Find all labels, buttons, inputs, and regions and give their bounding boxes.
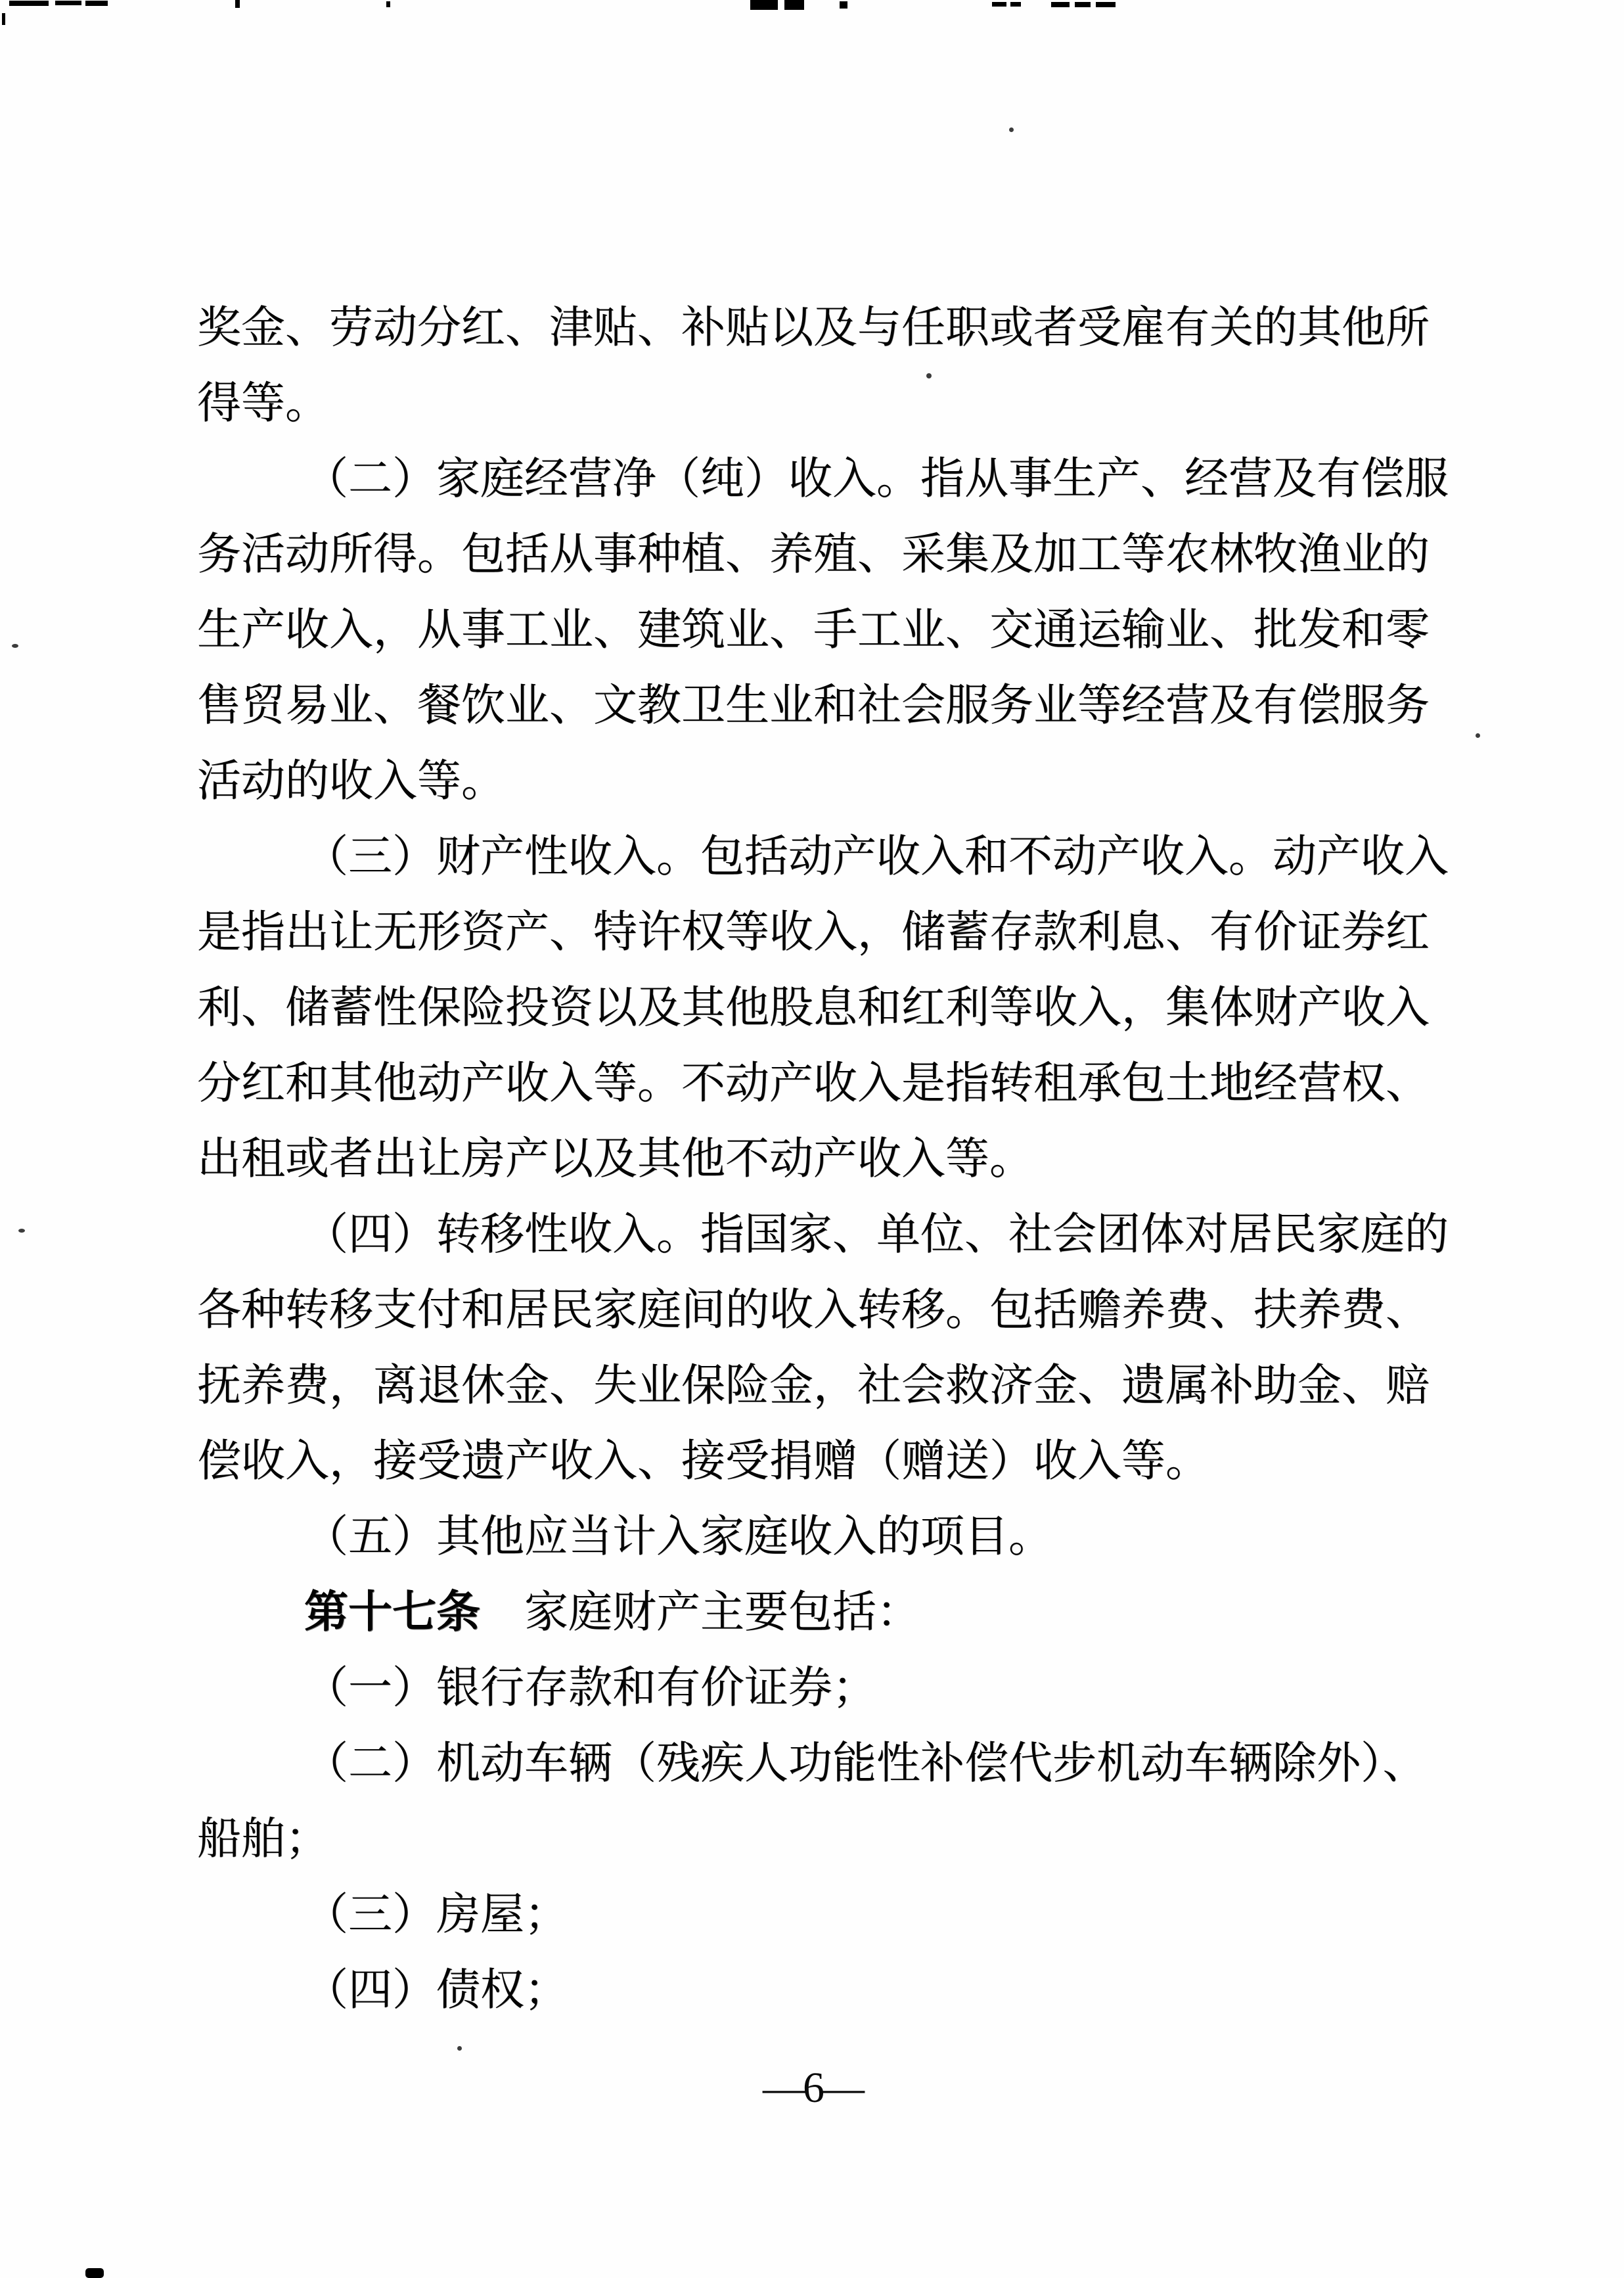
- scan-artifact: [85, 1, 108, 6]
- scan-artifact: [1051, 2, 1070, 7]
- text-line: 第十七条 家庭财产主要包括：: [197, 1575, 1445, 1651]
- text-segment: 家庭财产主要包括：: [480, 1588, 920, 1637]
- text-line: 各种转移支付和居民家庭间的收入转移。包括赡养费、扶养费、: [197, 1273, 1445, 1348]
- scan-speck: [1476, 733, 1480, 738]
- document-body-text: 奖金、劳动分红、津贴、补贴以及与任职或者受雇有关的其他所得等。（二）家庭经营净（…: [197, 290, 1445, 2028]
- page-number: —6—: [0, 2063, 1624, 2113]
- text-line: （五）其他应当计入家庭收入的项目。: [197, 1499, 1445, 1575]
- text-segment: 利、储蓄性保险投资以及其他股息和红利等收入，集体财产收入: [197, 984, 1430, 1032]
- scan-speck: [18, 1229, 25, 1233]
- text-segment: 抚养费，离退休金、失业保险金，社会救济金、遗属补助金、赔: [197, 1361, 1430, 1410]
- scan-artifact: [9, 1, 49, 6]
- text-segment: 生产收入，从事工业、建筑业、手工业、交通运输业、批发和零: [197, 606, 1430, 654]
- text-segment: 务活动所得。包括从事种植、养殖、采集及加工等农林牧渔业的: [197, 530, 1430, 579]
- text-line: 是指出让无形资产、特许权等收入，储蓄存款利息、有价证券红: [197, 895, 1445, 970]
- text-line: 务活动所得。包括从事种植、养殖、采集及加工等农林牧渔业的: [197, 517, 1445, 593]
- scan-artifact: [784, 0, 804, 10]
- text-segment: 奖金、劳动分红、津贴、补贴以及与任职或者受雇有关的其他所: [197, 304, 1430, 352]
- scan-speck: [457, 2046, 462, 2051]
- text-line: （三）房屋；: [197, 1877, 1445, 1953]
- scan-artifact: [750, 0, 778, 10]
- text-line: 售贸易业、餐饮业、文教卫生业和社会服务业等经营及有偿服务: [197, 668, 1445, 744]
- scan-artifact: [1096, 2, 1116, 7]
- text-segment: （四）转移性收入。指国家、单位、社会团体对居民家庭的: [304, 1210, 1449, 1259]
- text-segment: （二）家庭经营净（纯）收入。指从事生产、经营及有偿服: [304, 455, 1449, 503]
- scan-artifact: [55, 1, 81, 5]
- text-segment: 是指出让无形资产、特许权等收入，储蓄存款利息、有价证券红: [197, 908, 1430, 957]
- text-line: 利、储蓄性保险投资以及其他股息和红利等收入，集体财产收入: [197, 970, 1445, 1046]
- text-segment: 出租或者出让房产以及其他不动产收入等。: [197, 1135, 1033, 1183]
- text-line: （一）银行存款和有价证券；: [197, 1651, 1445, 1726]
- scan-artifact: [85, 2268, 104, 2278]
- text-segment: 偿收入，接受遗产收入、接受捐赠（赠送）收入等。: [197, 1437, 1209, 1486]
- scan-artifact: [2, 13, 5, 25]
- text-segment: （一）银行存款和有价证券；: [304, 1664, 876, 1712]
- text-line: （三）财产性收入。包括动产收入和不动产收入。动产收入: [197, 819, 1445, 895]
- text-line: 得等。: [197, 366, 1445, 442]
- text-line: （四）债权；: [197, 1953, 1445, 2028]
- text-line: 船舶；: [197, 1802, 1445, 1877]
- text-line: （二）家庭经营净（纯）收入。指从事生产、经营及有偿服: [197, 442, 1445, 517]
- text-line: 偿收入，接受遗产收入、接受捐赠（赠送）收入等。: [197, 1424, 1445, 1499]
- text-segment: （二）机动车辆（残疾人功能性补偿代步机动车辆除外）、: [304, 1739, 1427, 1788]
- text-segment: （四）债权；: [304, 1966, 568, 2015]
- scan-artifact: [1075, 2, 1091, 7]
- text-segment: 售贸易业、餐饮业、文教卫生业和社会服务业等经营及有偿服务: [197, 681, 1430, 730]
- scan-artifact: [235, 0, 240, 8]
- text-line: （四）转移性收入。指国家、单位、社会团体对居民家庭的: [197, 1197, 1445, 1273]
- text-line: （二）机动车辆（残疾人功能性补偿代步机动车辆除外）、: [197, 1726, 1445, 1802]
- text-segment: 分红和其他动产收入等。不动产收入是指转租承包土地经营权、: [197, 1059, 1430, 1108]
- scan-artifact: [386, 1, 390, 7]
- scan-artifact: [840, 1, 847, 9]
- text-line: 分红和其他动产收入等。不动产收入是指转租承包土地经营权、: [197, 1046, 1445, 1122]
- text-segment: 得等。: [197, 379, 329, 428]
- text-line: 出租或者出让房产以及其他不动产收入等。: [197, 1122, 1445, 1197]
- scan-artifact: [992, 2, 1006, 7]
- scan-speck: [12, 644, 18, 648]
- text-line: 活动的收入等。: [197, 744, 1445, 819]
- text-segment: 活动的收入等。: [197, 757, 505, 806]
- scan-artifact: [1010, 2, 1021, 7]
- text-line: 生产收入，从事工业、建筑业、手工业、交通运输业、批发和零: [197, 593, 1445, 668]
- text-segment: （三）房屋；: [304, 1890, 568, 1939]
- text-line: 抚养费，离退休金、失业保险金，社会救济金、遗属补助金、赔: [197, 1348, 1445, 1424]
- article-number-bold: 第十七条: [304, 1588, 480, 1637]
- text-line: 奖金、劳动分红、津贴、补贴以及与任职或者受雇有关的其他所: [197, 290, 1445, 366]
- scanned-document-page: 奖金、劳动分红、津贴、补贴以及与任职或者受雇有关的其他所得等。（二）家庭经营净（…: [0, 0, 1624, 2278]
- text-segment: 各种转移支付和居民家庭间的收入转移。包括赡养费、扶养费、: [197, 1286, 1430, 1334]
- text-segment: （五）其他应当计入家庭收入的项目。: [304, 1513, 1052, 1561]
- scan-speck: [1009, 127, 1014, 132]
- text-segment: （三）财产性收入。包括动产收入和不动产收入。动产收入: [304, 832, 1449, 881]
- text-segment: 船舶；: [197, 1815, 329, 1863]
